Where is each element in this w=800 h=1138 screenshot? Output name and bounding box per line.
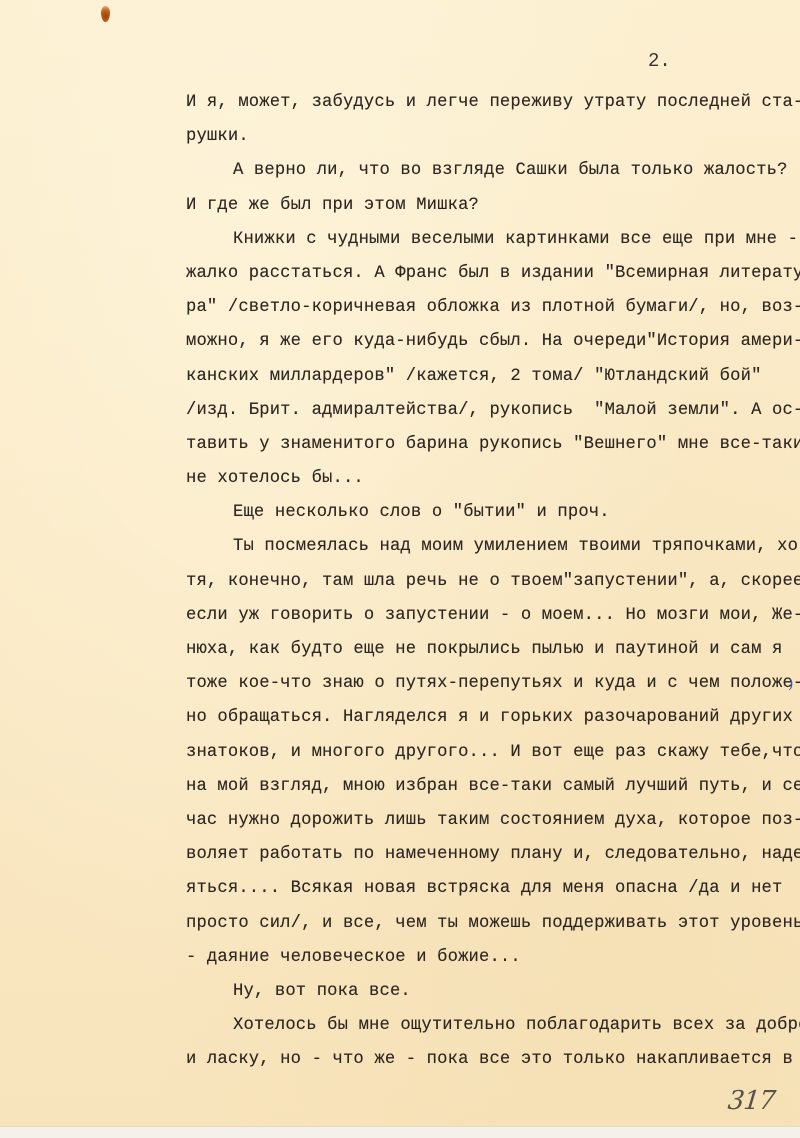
text-line: И я, может, забудусь и легче переживу ут…: [186, 86, 786, 120]
text-line: Ну, вот пока все.: [186, 975, 786, 1009]
text-line: И где же был при этом Мишка?: [186, 189, 786, 223]
text-line: не хотелось бы...: [186, 462, 786, 496]
text-line: яться.... Всякая новая встряска для меня…: [186, 872, 786, 906]
text-line: /изд. Брит. адмиралтейства/, рукопись "М…: [186, 394, 786, 428]
text-line: тоже кое-что знаю о путях-перепутьях и к…: [186, 667, 786, 701]
text-line: просто сил/, и все, чем ты можешь поддер…: [186, 907, 786, 941]
text-line: канских миллардеров" /кажется, 2 тома/ "…: [186, 360, 786, 394]
text-line: знатоков, и многого другого... И вот еще…: [186, 736, 786, 770]
text-line: ра" /светло-коричневая обложка из плотно…: [186, 291, 786, 325]
text-line: Еще несколько слов о "бытии" и проч.: [186, 496, 786, 530]
text-line: Книжки с чудными веселыми картинками все…: [186, 223, 786, 257]
page-number: 2.: [648, 50, 671, 72]
page-bottom-edge: [0, 1126, 800, 1138]
text-line: жалко расстаться. А Франс был в издании …: [186, 257, 786, 291]
text-line: рушки.: [186, 120, 786, 154]
text-line: если уж говорить о запустении - о моем..…: [186, 599, 786, 633]
text-line: воляет работать по намеченному плану и, …: [186, 838, 786, 872]
text-line: тя, конечно, там шла речь не о твоем"зап…: [186, 565, 786, 599]
text-line: Хотелось бы мне ощутительно поблагодарит…: [186, 1009, 786, 1043]
text-line: - даяние человеческое и божие...: [186, 941, 786, 975]
letter-body: И я, может, забудусь и легче переживу ут…: [186, 86, 786, 1077]
text-line: нюха, как будто еще не покрылись пылью и…: [186, 633, 786, 667]
ink-stain: [101, 6, 110, 22]
text-line: час нужно дорожить лишь таким состоянием…: [186, 804, 786, 838]
text-line: можно, я же его куда-нибудь сбыл. На оче…: [186, 325, 786, 359]
text-line: А верно ли, что во взгляде Сашки была то…: [186, 154, 786, 188]
typewritten-page: 2. И я, может, забудусь и легче переживу…: [0, 0, 800, 1126]
text-line: на мой взгляд, мною избран все-таки самы…: [186, 770, 786, 804]
margin-mark: ): [788, 676, 793, 692]
text-line: и ласку, но - что же - пока все это толь…: [186, 1043, 786, 1077]
text-line: Ты посмеялась над моим умилением твоими …: [186, 530, 786, 564]
text-line: тавить у знаменитого барина рукопись "Ве…: [186, 428, 786, 462]
text-line: но обращаться. Нагляделся я и горьких ра…: [186, 701, 786, 735]
archive-number: 317: [726, 1086, 776, 1116]
